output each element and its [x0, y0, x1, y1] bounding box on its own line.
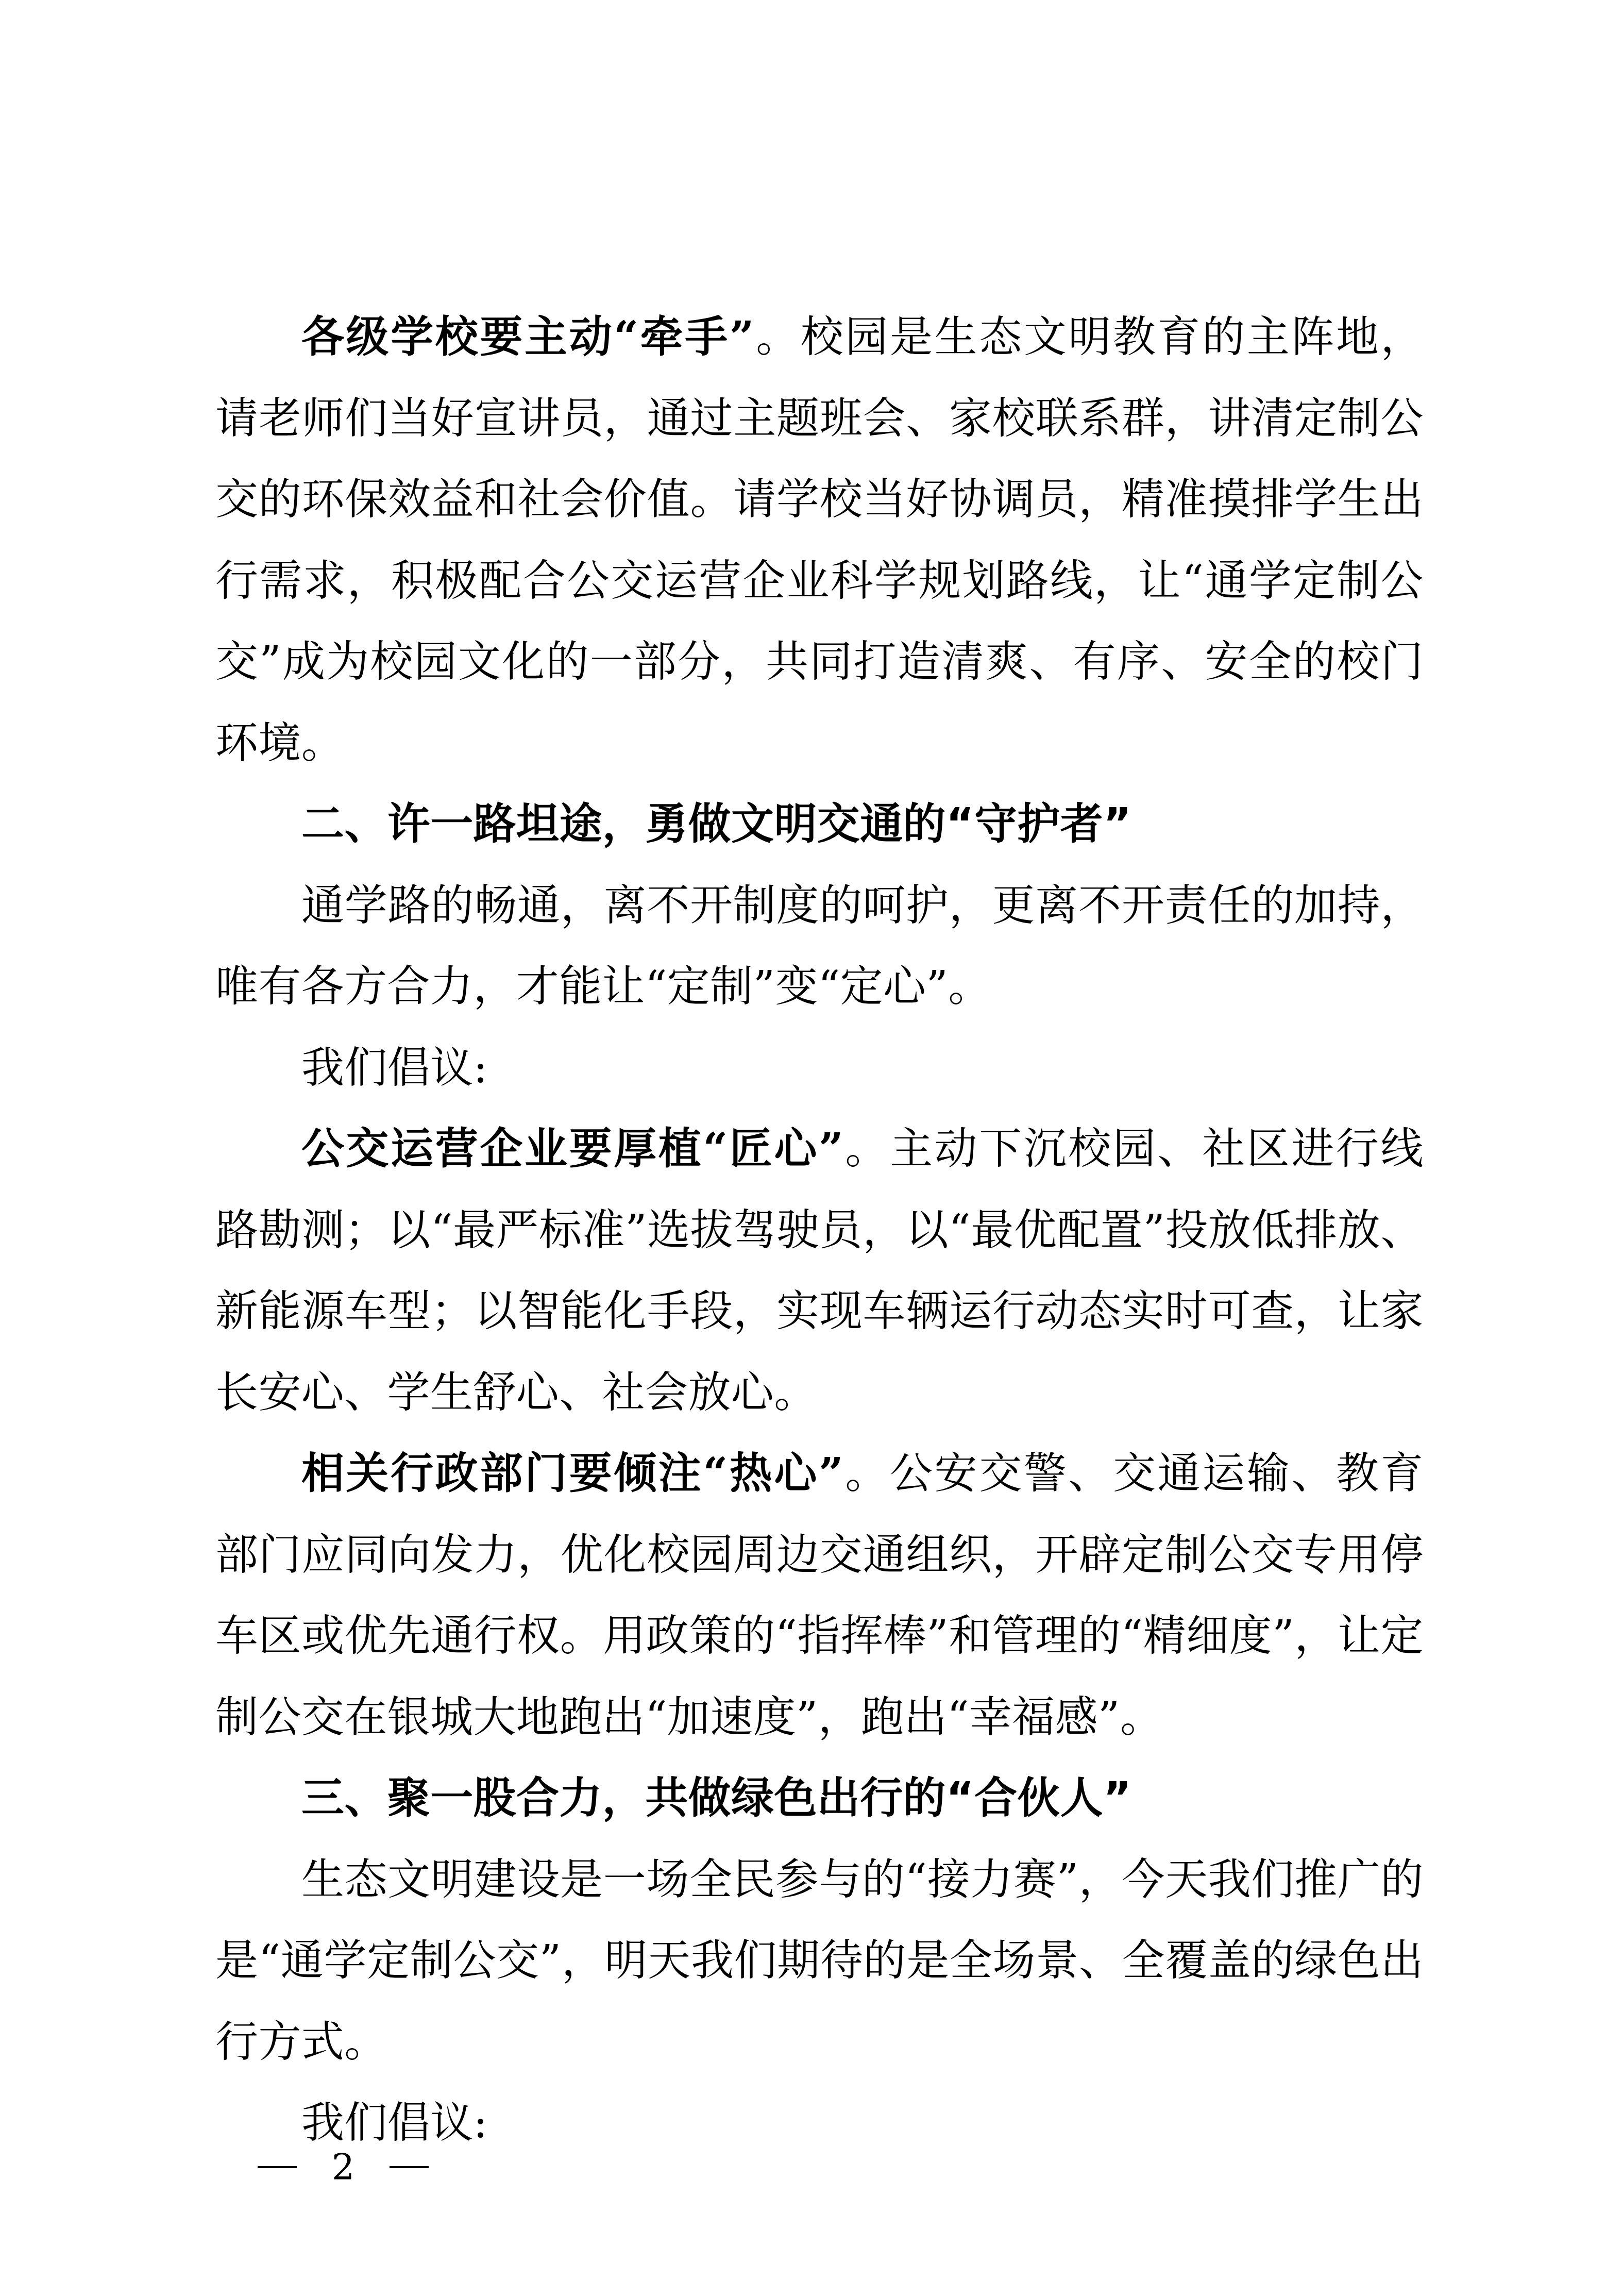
paragraph-admin-departments: 相关行政部门要倾注“热心”。公安交警、交通运输、教育部门应同向发力，优化校园周边…	[215, 1433, 1424, 1757]
paragraph-schools: 各级学校要主动“牵手”。校园是生态文明教育的主阵地，请老师们当好宣讲员，通过主题…	[215, 296, 1424, 783]
paragraph-text: 。校园是生态文明教育的主阵地，请老师们当好宣讲员，通过主题班会、家校联系群，讲清…	[215, 312, 1424, 768]
section-heading-2: 二、许一路坦途，勇做文明交通的“守护者”	[215, 783, 1424, 865]
document-body: 各级学校要主动“牵手”。校园是生态文明教育的主阵地，请老师们当好宣讲员，通过主题…	[215, 296, 1424, 2164]
document-page: 各级学校要主动“牵手”。校园是生态文明教育的主阵地，请老师们当好宣讲员，通过主题…	[0, 0, 1623, 2296]
paragraph-text: 我们倡议:	[301, 2098, 488, 2148]
paragraph-lead-bold: 公交运营企业要厚植“匠心”	[301, 1123, 843, 1174]
paragraph-text: 我们倡议:	[301, 1043, 488, 1093]
paragraph-lead-bold: 各级学校要主动“牵手”	[301, 311, 754, 362]
dash-right-icon	[390, 2166, 429, 2168]
paragraph-we-propose-1: 我们倡议:	[215, 1027, 1424, 1109]
paragraph-intro-2: 通学路的畅通，离不开制度的呵护，更离不开责任的加持，唯有各方合力，才能让“定制”…	[215, 865, 1424, 1027]
paragraph-text: 生态文明建设是一场全民参与的“接力赛”，今天我们推广的是“通学定制公交”，明天我…	[215, 1854, 1424, 2067]
paragraph-bus-operators: 公交运营企业要厚植“匠心”。主动下沉校园、社区进行线路勘测；以“最严标准”选拔驾…	[215, 1108, 1424, 1433]
paragraph-lead-bold: 相关行政部门要倾注“热心”	[301, 1448, 843, 1498]
page-number: 2	[297, 2147, 390, 2188]
paragraph-intro-3: 生态文明建设是一场全民参与的“接力赛”，今天我们推广的是“通学定制公交”，明天我…	[215, 1839, 1424, 2083]
paragraph-text: 通学路的畅通，离不开制度的呵护，更离不开责任的加持，唯有各方合力，才能让“定制”…	[215, 880, 1424, 1012]
dash-left-icon	[258, 2166, 297, 2168]
page-number-footer: 2	[258, 2147, 429, 2188]
section-heading-3: 三、聚一股合力，共做绿色出行的“合伙人”	[215, 1757, 1424, 1839]
